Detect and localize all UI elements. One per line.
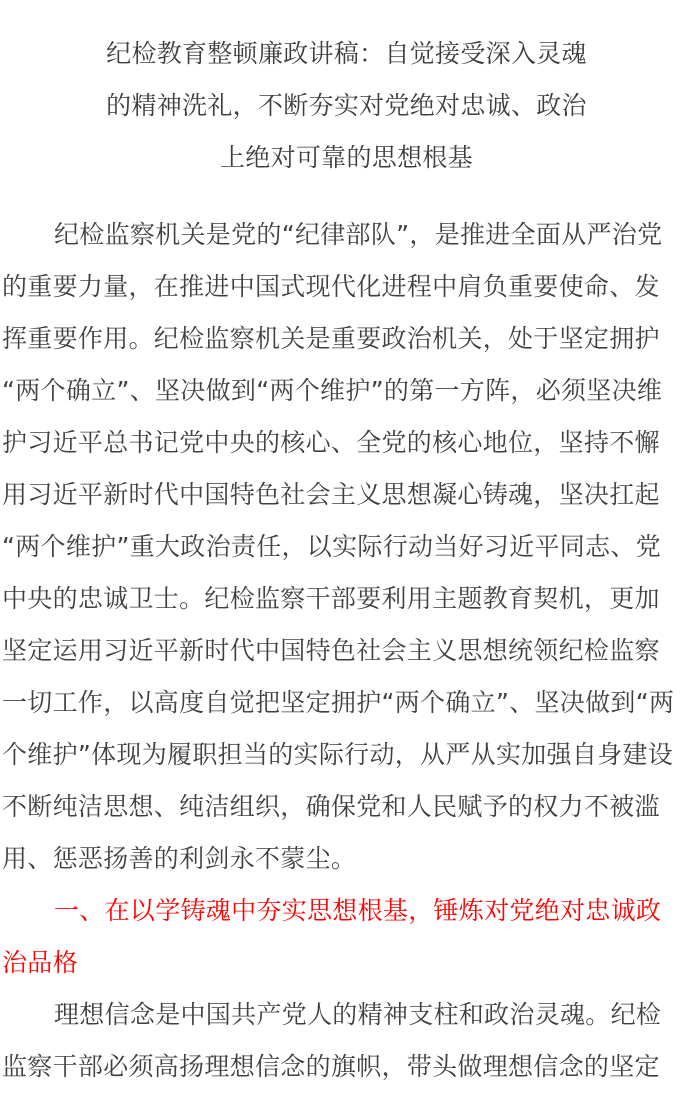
paragraph-ideals: 理想信念是中国共产党人的精神支柱和政治灵魂。纪检 监察干部必须高扬理想信念的旗帜… bbox=[2, 989, 692, 1093]
text-line: 一切工作，以高度自觉把坚定拥护“两个确立”、坚决做到“两 bbox=[2, 677, 692, 729]
text-line: 挥重要作用。纪检监察机关是重要政治机关，处于坚定拥护 bbox=[2, 313, 692, 365]
text-line: 理想信念是中国共产党人的精神支柱和政治灵魂。纪检 bbox=[2, 989, 692, 1041]
text-line: 个维护”体现为履职担当的实际行动，从严从实加强自身建设 bbox=[2, 729, 692, 781]
text-line: “两个维护”重大政治责任，以实际行动当好习近平同志、党 bbox=[2, 521, 692, 573]
text-line: 监察干部必须高扬理想信念的旗帜，带头做理想信念的坚定 bbox=[2, 1041, 692, 1093]
text-line: 不断纯洁思想、纯洁组织，确保党和人民赋予的权力不被滥 bbox=[2, 781, 692, 833]
document-page: 纪检教育整顿廉政讲稿：自觉接受深入灵魂 的精神洗礼，不断夯实对党绝对忠诚、政治 … bbox=[0, 0, 693, 1097]
heading-line: 一、在以学铸魂中夯实思想根基，锤炼对党绝对忠诚政 bbox=[2, 885, 692, 937]
article-title: 纪检教育整顿廉政讲稿：自觉接受深入灵魂 的精神洗礼，不断夯实对党绝对忠诚、政治 … bbox=[0, 28, 693, 184]
text-line: 中央的忠诚卫士。纪检监察干部要利用主题教育契机，更加 bbox=[2, 573, 692, 625]
title-line: 上绝对可靠的思想根基 bbox=[0, 132, 693, 184]
text-line: 用习近平新时代中国特色社会主义思想凝心铸魂，坚决扛起 bbox=[2, 469, 692, 521]
text-line: 的重要力量，在推进中国式现代化进程中肩负重要使命、发 bbox=[2, 261, 692, 313]
section-heading: 一、在以学铸魂中夯实思想根基，锤炼对党绝对忠诚政 治品格 bbox=[2, 885, 692, 989]
title-line: 的精神洗礼，不断夯实对党绝对忠诚、政治 bbox=[0, 80, 693, 132]
text-line: 护习近平总书记党中央的核心、全党的核心地位，坚持不懈 bbox=[2, 417, 692, 469]
title-line: 纪检教育整顿廉政讲稿：自觉接受深入灵魂 bbox=[0, 28, 693, 80]
heading-line: 治品格 bbox=[2, 937, 692, 989]
text-line: 用、惩恶扬善的利剑永不蒙尘。 bbox=[2, 833, 692, 885]
text-line: “两个确立”、坚决做到“两个维护”的第一方阵，必须坚决维 bbox=[2, 365, 692, 417]
paragraph-intro: 纪检监察机关是党的“纪律部队”，是推进全面从严治党 的重要力量，在推进中国式现代… bbox=[2, 209, 692, 885]
text-line: 坚定运用习近平新时代中国特色社会主义思想统领纪检监察 bbox=[2, 625, 692, 677]
article-body: 纪检监察机关是党的“纪律部队”，是推进全面从严治党 的重要力量，在推进中国式现代… bbox=[2, 209, 692, 1093]
text-line: 纪检监察机关是党的“纪律部队”，是推进全面从严治党 bbox=[2, 209, 692, 261]
